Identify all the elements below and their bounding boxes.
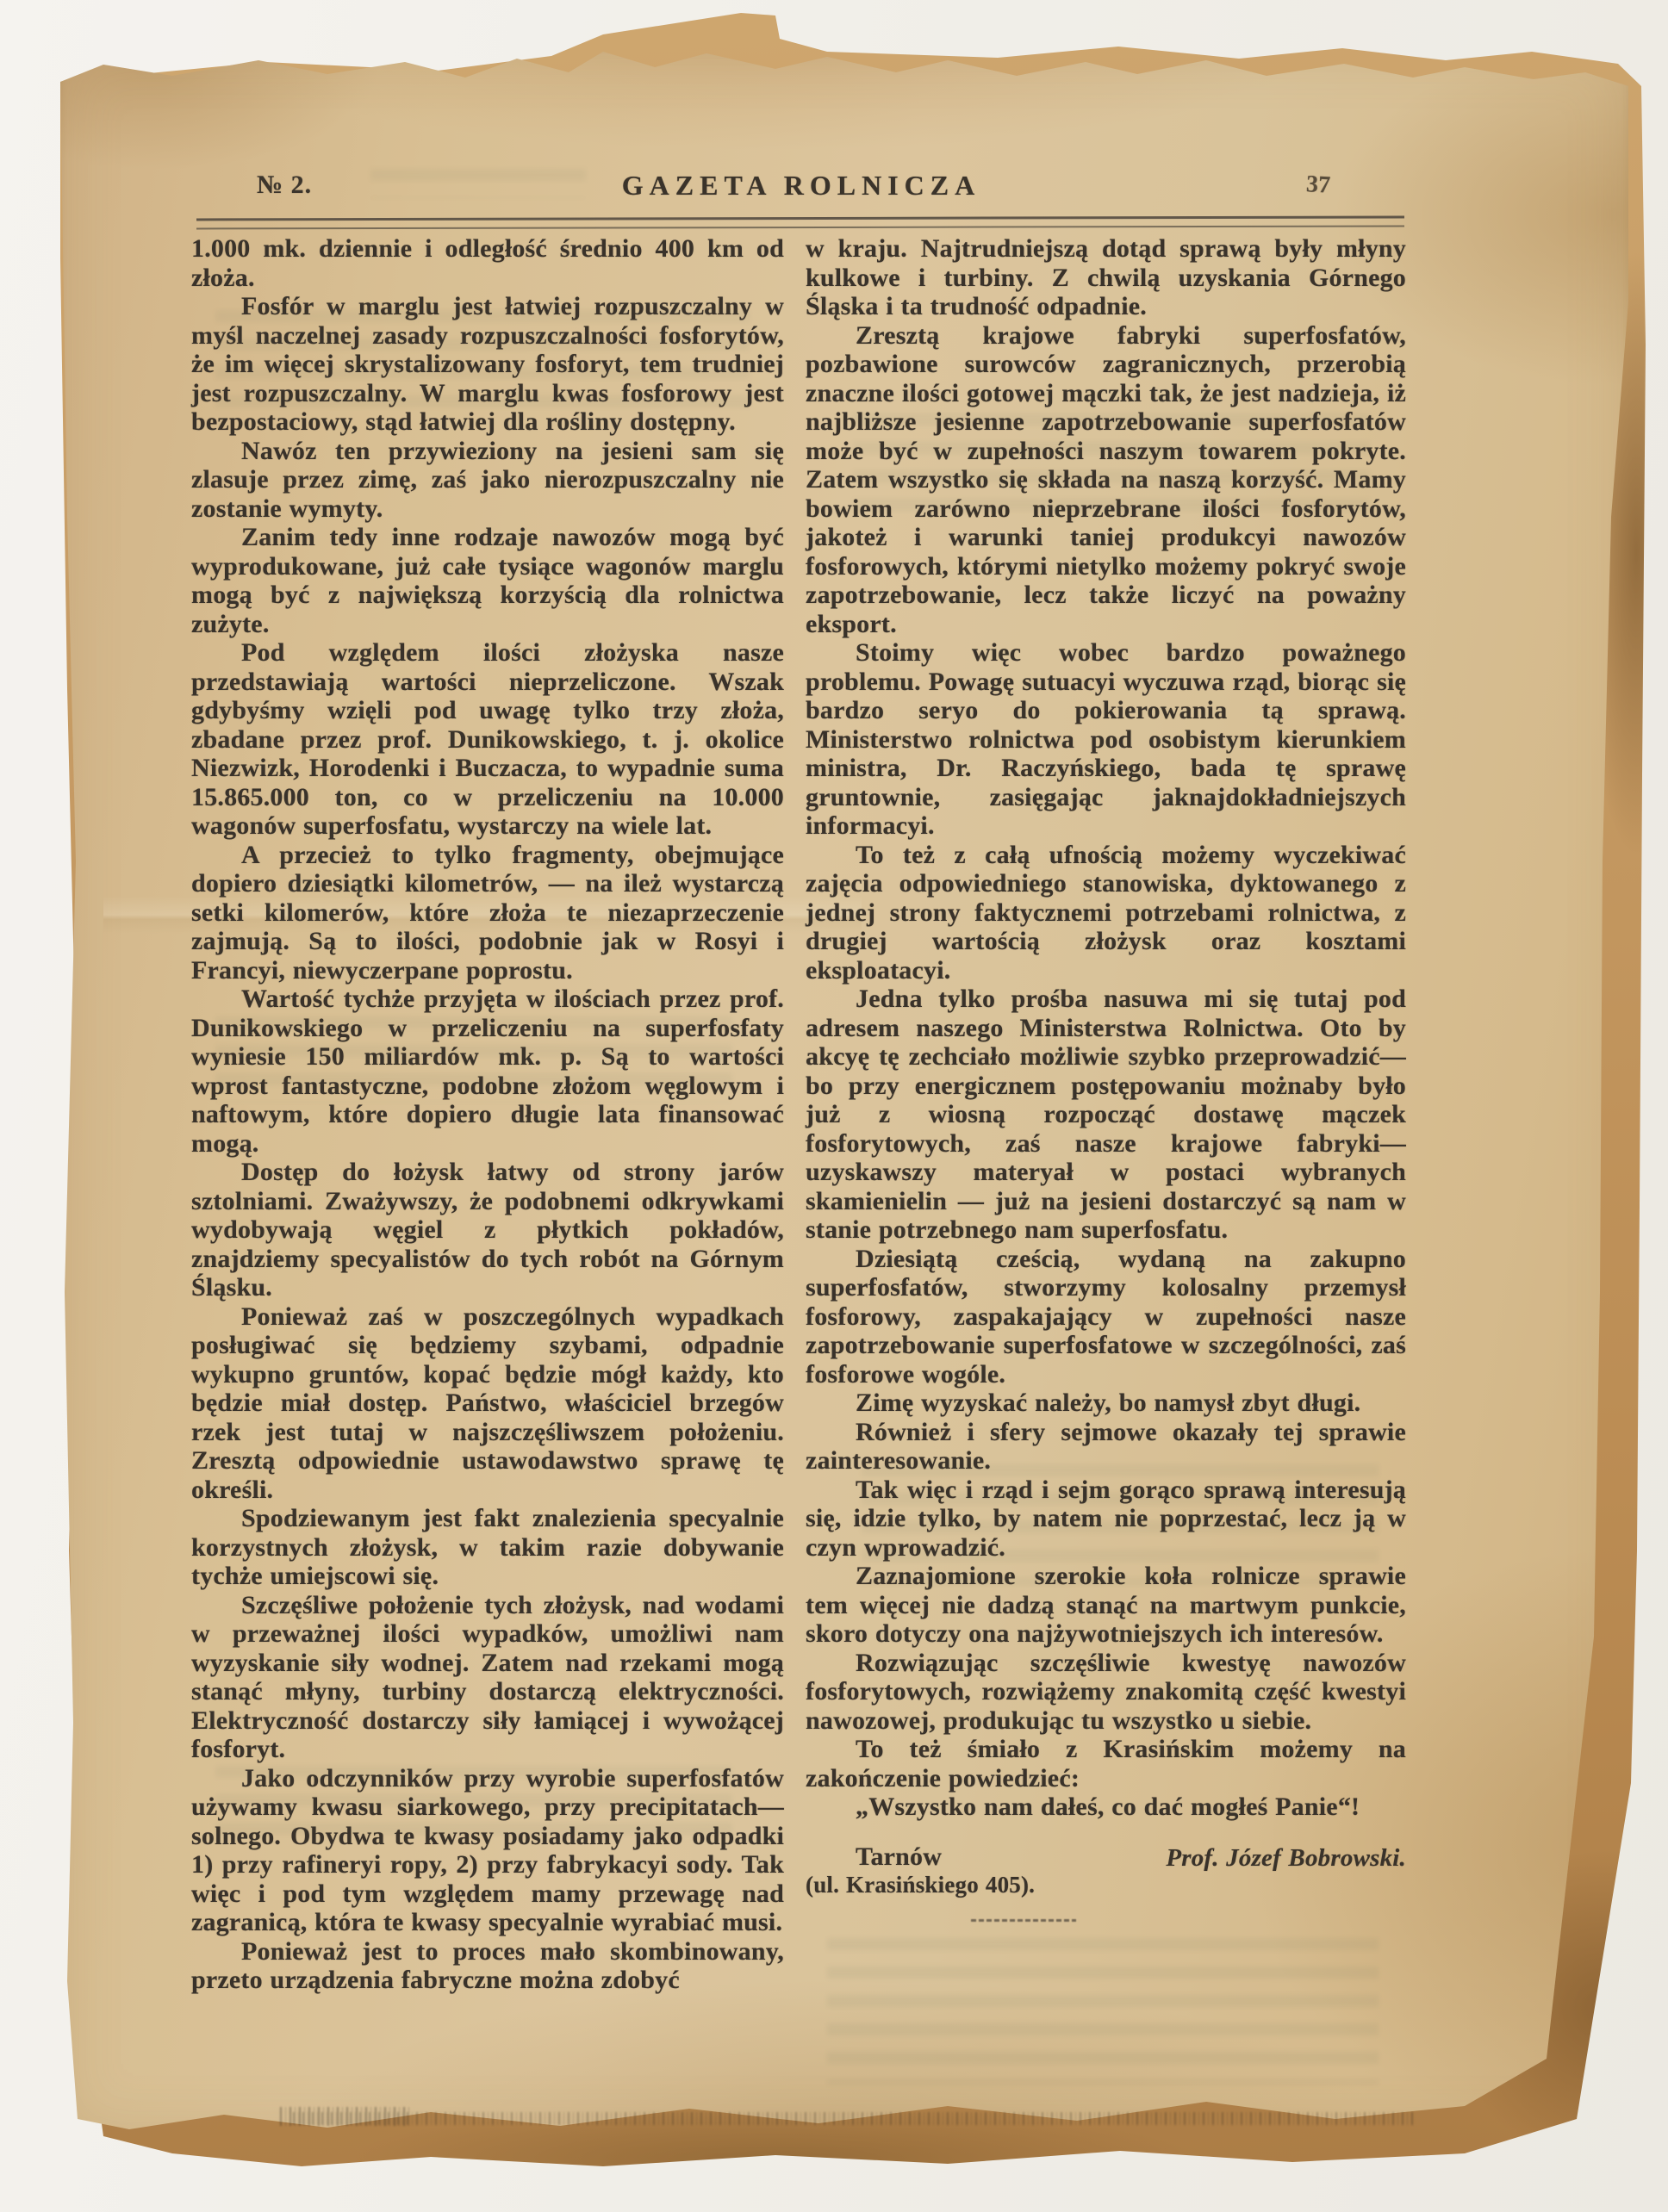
signature-address: (ul. Krasińskiego 405). (806, 1871, 1035, 1900)
page-number: 37 (1305, 171, 1331, 199)
scan-backdrop: № 2. GAZETA ROLNICZA 37 1.000 mk. dzienn… (0, 0, 1668, 2212)
paragraph: Stoimy więc wobec bardzo poważnego probl… (806, 638, 1406, 841)
article-column-left: 1.000 mk. dziennie i odległość średnio 4… (191, 234, 784, 1995)
paragraph: Fosfór w marglu jest łatwiej rozpuszczal… (191, 292, 784, 437)
paragraph: Tak więc i rząd i sejm gorąco sprawą int… (806, 1476, 1406, 1563)
paragraph: Zaznajomione szerokie koła rolnicze spra… (806, 1562, 1406, 1649)
paragraph: Ponieważ zaś w poszczególnych wypadkach … (191, 1302, 784, 1505)
paragraph: Zimę wyzyskać należy, bo namysł zbyt dłu… (806, 1389, 1406, 1418)
paragraph: w kraju. Najtrudniejszą dotąd sprawą był… (806, 234, 1406, 321)
paragraph: Ponieważ jest to proces mało skombinowan… (191, 1937, 784, 1995)
issue-number: № 2. (257, 171, 312, 200)
paragraph: To też z całą ufnością możemy wyczekiwać… (806, 841, 1406, 985)
paragraph: 1.000 mk. dziennie i odległość średnio 4… (191, 234, 784, 292)
paragraph: Szczęśliwe położenie tych złożysk, nad w… (191, 1591, 784, 1764)
bottom-edge-smudge (280, 2107, 409, 2126)
paragraph: Rozwiązując szczęśliwie kwestyę nawozów … (806, 1649, 1406, 1736)
newspaper-title: GAZETA ROLNICZA (534, 170, 1068, 202)
paragraph: Wartość tychże przyjęta w ilościach prze… (191, 985, 784, 1158)
paragraph: Pod względem ilości złożyska nasze przed… (191, 638, 784, 841)
signature-author: Prof. Józef Bobrowski. (1166, 1842, 1406, 1873)
end-of-article-divider (971, 1919, 1076, 1922)
paragraph: „Wszystko nam dałeś, co dać mogłeś Panie… (806, 1793, 1406, 1822)
paragraph: A przecież to tylko fragmenty, obejmując… (191, 841, 784, 985)
signature-place-block: Tarnów (ul. Krasińskiego 405). (806, 1842, 1035, 1900)
paragraph: Spodziewanym jest fakt znalezienia specy… (191, 1504, 784, 1591)
signature-place: Tarnów (806, 1842, 1035, 1872)
paragraph: Zanim tedy inne rodzaje nawozów mogą być… (191, 523, 784, 638)
paragraph: Jedna tylko prośba nasuwa mi się tutaj p… (806, 985, 1406, 1245)
paragraph: To też śmiało z Krasińskim możemy na zak… (806, 1735, 1406, 1793)
paragraph: Dostęp do łożysk łatwy od strony jarów s… (191, 1158, 784, 1302)
signature-block: Tarnów (ul. Krasińskiego 405). Prof. Józ… (806, 1842, 1406, 1900)
bleedthrough-ghost (827, 1938, 1379, 2085)
paragraph: Zresztą krajowe fabryki superfosfatów, p… (806, 321, 1406, 639)
paragraph: Również i sfery sejmowe okazały tej spra… (806, 1418, 1406, 1476)
right-paragraphs: w kraju. Najtrudniejszą dotąd sprawą był… (806, 234, 1406, 1822)
paragraph: Nawóz ten przywieziony na jesieni sam si… (191, 437, 784, 524)
paragraph: Jako odczynników przy wyrobie superfosfa… (191, 1764, 784, 1937)
bottom-edge-smudge (293, 2112, 1413, 2125)
article-column-right: w kraju. Najtrudniejszą dotąd sprawą był… (806, 234, 1406, 1922)
paragraph: Dziesiątą cześcią, wydaną na zakupno sup… (806, 1245, 1406, 1389)
left-paragraphs: 1.000 mk. dziennie i odległość średnio 4… (191, 234, 784, 1995)
